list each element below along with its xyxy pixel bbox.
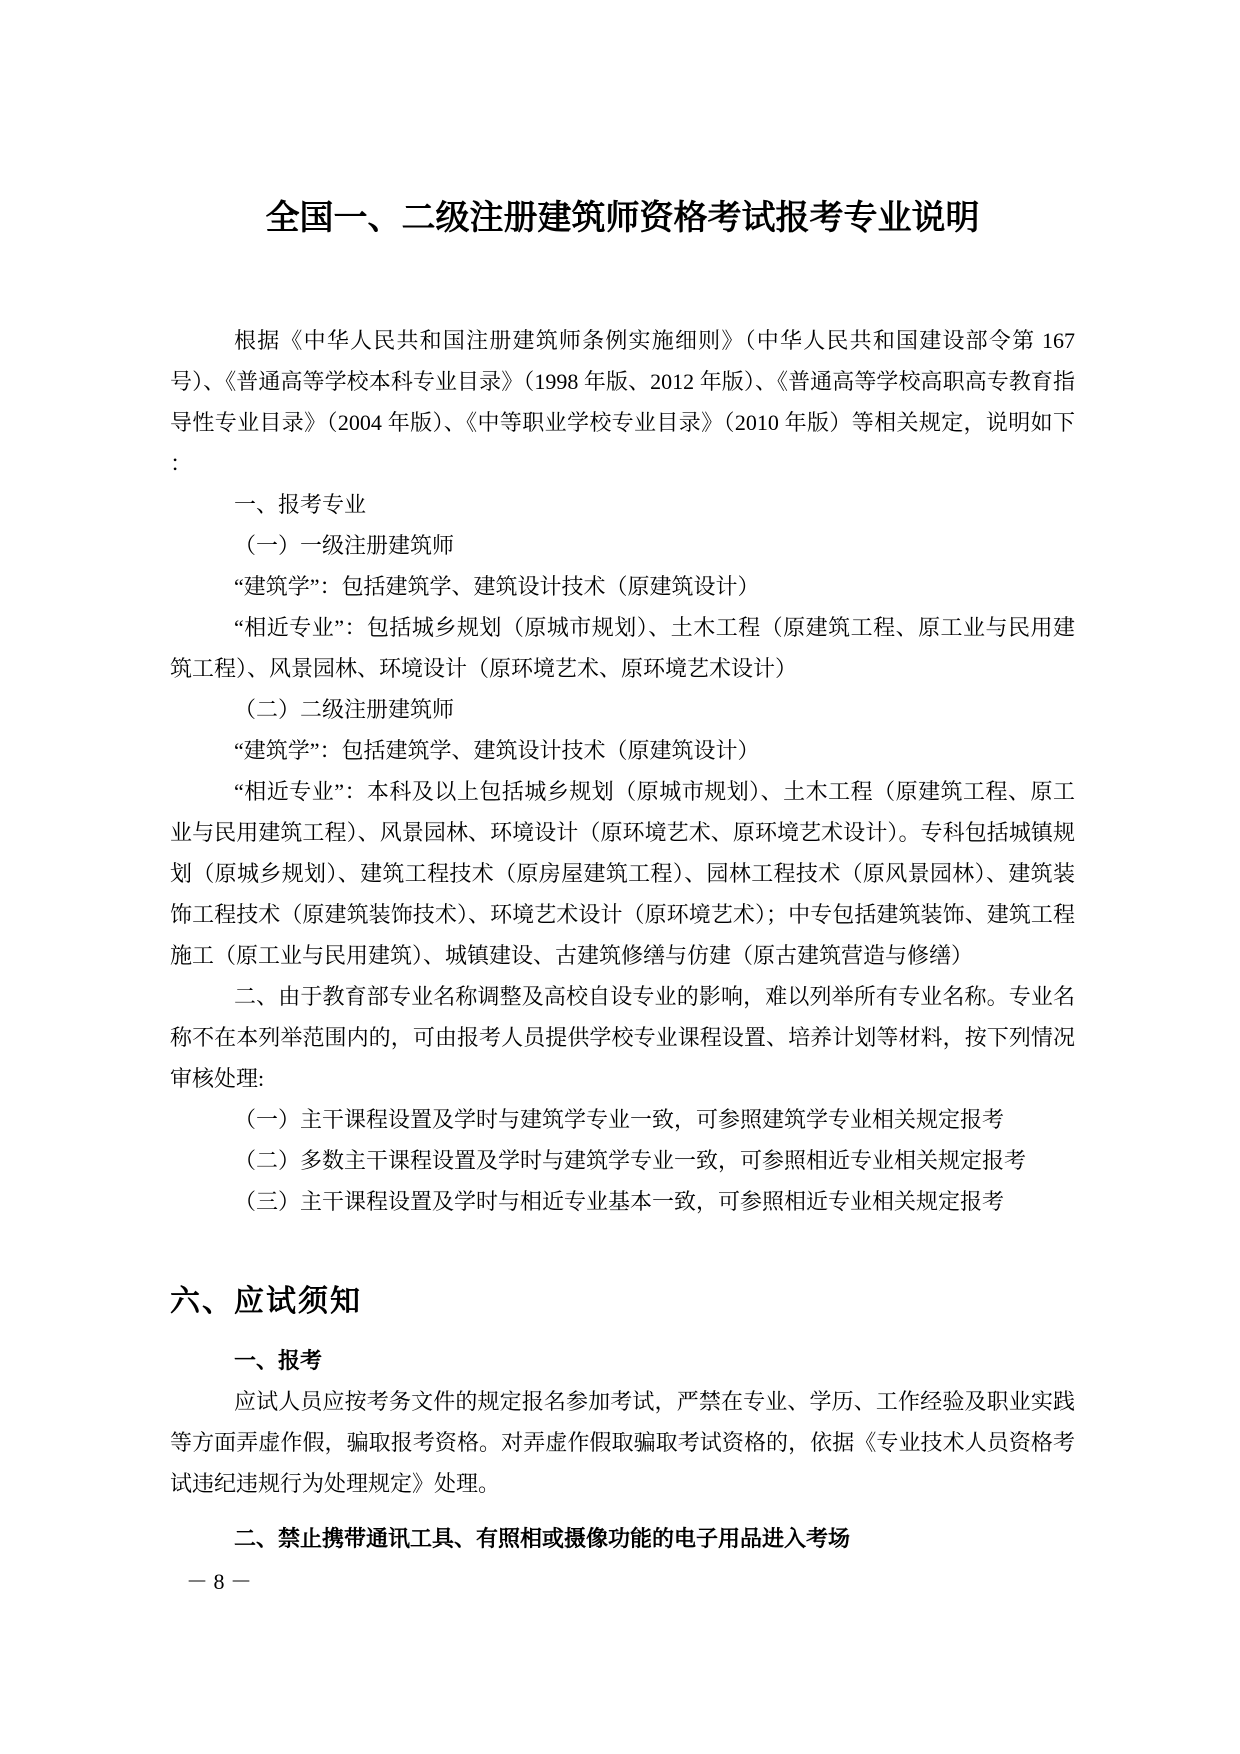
paragraph-item-2: （一）一级注册建筑师 (170, 525, 1075, 566)
paragraph-item-9: （一）主干课程设置及学时与建筑学专业一致，可参照建筑学专业相关规定报考 (170, 1099, 1075, 1140)
subsection-heading-registration: 一、报考 (170, 1340, 1075, 1381)
section-heading-exam-notes: 六、应试须知 (170, 1278, 1075, 1326)
registration-paragraph: 应试人员应按考务文件的规定报名参加考试，严禁在专业、学历、工作经验及职业实践等方… (170, 1381, 1075, 1504)
subsection-heading-prohibited-items: 二、禁止携带通讯工具、有照相或摄像功能的电子用品进入考场 (170, 1518, 1075, 1559)
document-content: 全国一、二级注册建筑师资格考试报考专业说明 根据《中华人民共和国注册建筑师条例实… (0, 0, 1240, 1559)
page-number: － 8 － (186, 1564, 252, 1600)
paragraph-item-4: “相近专业”：包括城乡规划（原城市规划）、土木工程（原建筑工程、原工业与民用建筑… (170, 607, 1075, 689)
paragraph-item-7: “相近专业”：本科及以上包括城乡规划（原城市规划）、土木工程（原建筑工程、原工业… (170, 771, 1075, 976)
paragraph-item-6: “建筑学”：包括建筑学、建筑设计技术（原建筑设计） (170, 730, 1075, 771)
paragraph-item-1: 一、报考专业 (170, 484, 1075, 525)
paragraph-item-11: （三）主干课程设置及学时与相近专业基本一致，可参照相近专业相关规定报考 (170, 1181, 1075, 1222)
paragraph-item-5: （二）二级注册建筑师 (170, 689, 1075, 730)
document-page: 全国一、二级注册建筑师资格考试报考专业说明 根据《中华人民共和国注册建筑师条例实… (0, 0, 1240, 1754)
paragraph-item-8: 二、由于教育部专业名称调整及高校自设专业的影响，难以列举所有专业名称。专业名称不… (170, 976, 1075, 1099)
document-title: 全国一、二级注册建筑师资格考试报考专业说明 (170, 0, 1075, 240)
intro-paragraph: 根据《中华人民共和国注册建筑师条例实施细则》（中华人民共和国建设部令第 167 … (170, 320, 1075, 484)
paragraph-item-10: （二）多数主干课程设置及学时与建筑学专业一致，可参照相近专业相关规定报考 (170, 1140, 1075, 1181)
paragraph-item-3: “建筑学”：包括建筑学、建筑设计技术（原建筑设计） (170, 566, 1075, 607)
